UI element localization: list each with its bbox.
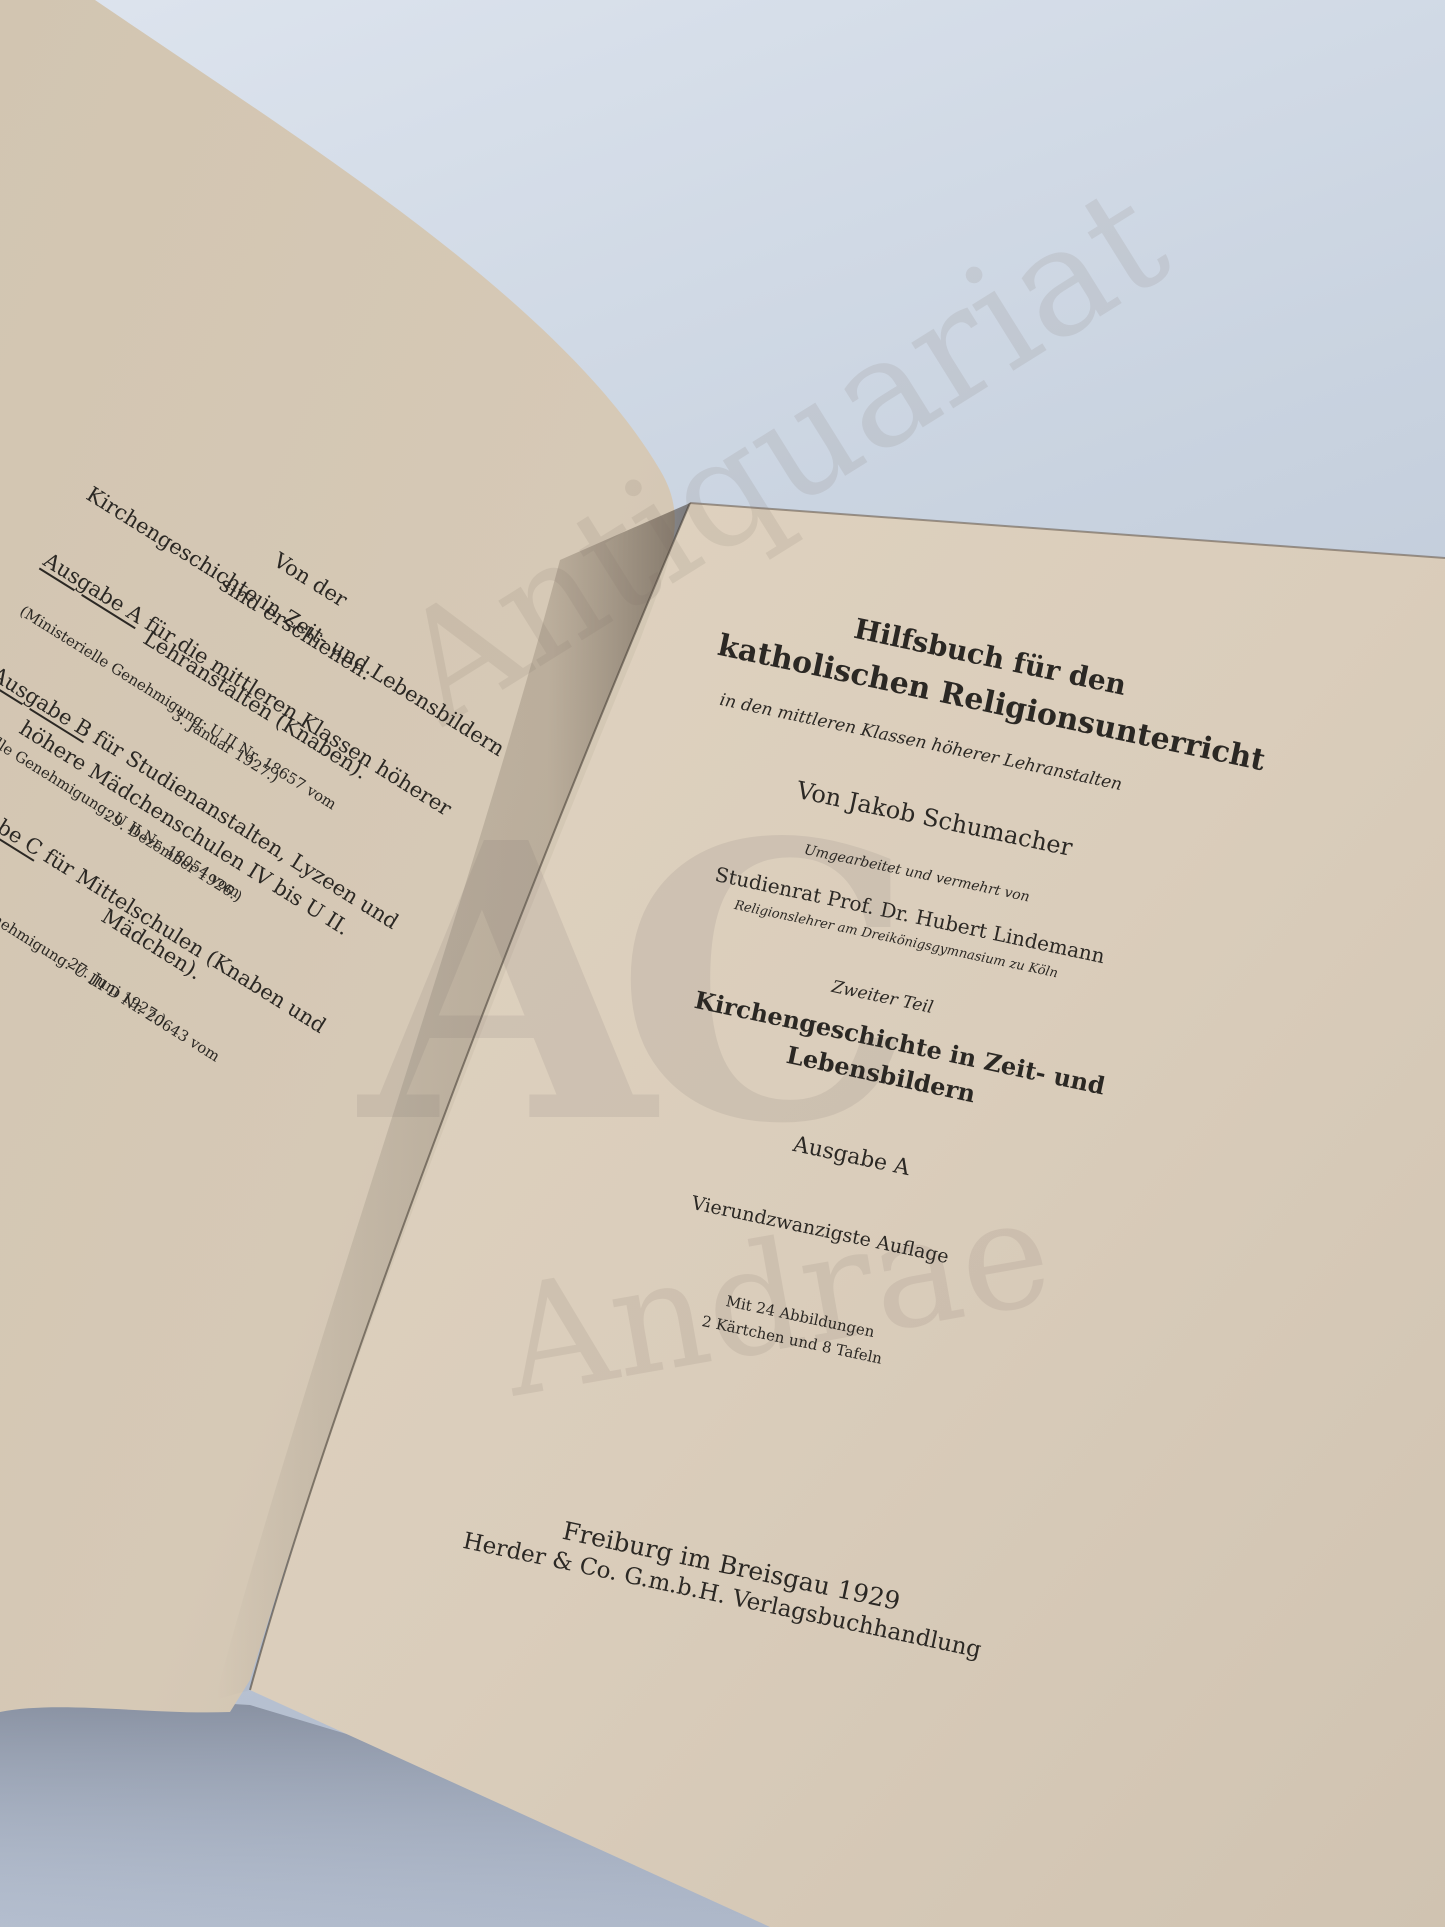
book-photo: Antiquariat Andrae AC Von der Kirchenges… [0, 0, 1445, 1927]
watermark-monogram: AC [360, 760, 877, 1207]
